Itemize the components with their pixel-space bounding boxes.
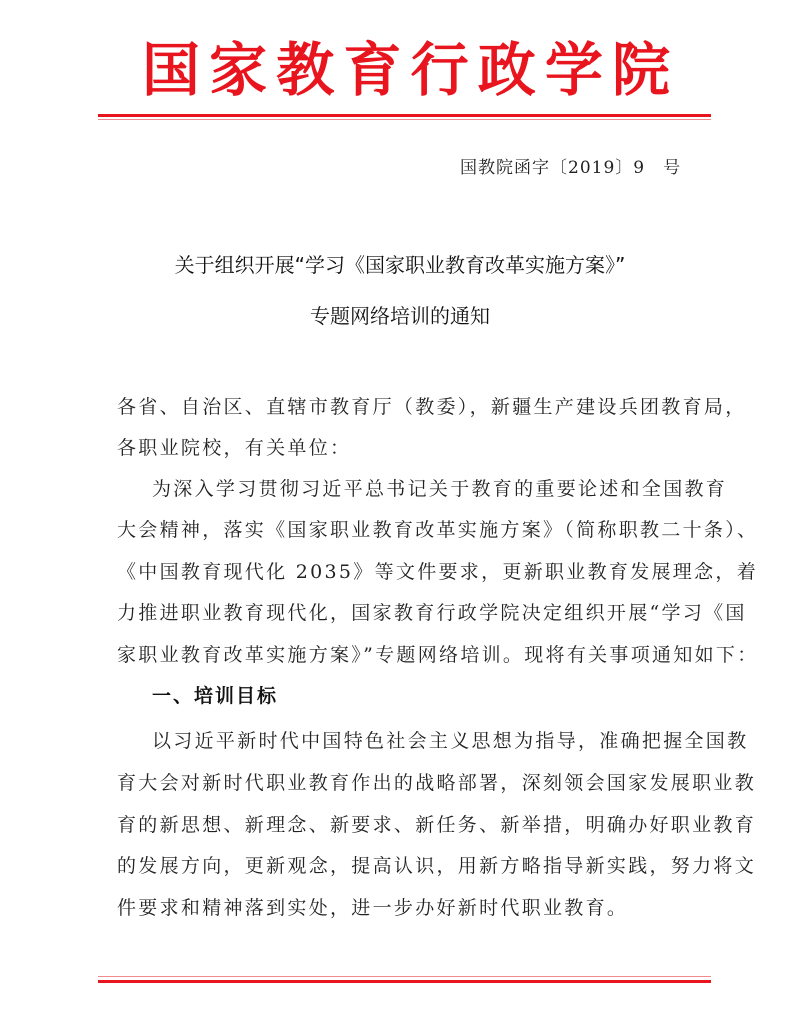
intro-line: 家职业教育改革实施方案》”专题网络培训。现将有关事项通知如下： bbox=[117, 640, 687, 667]
addressee-line1: 各省、自治区、直辖市教育厅（教委），新疆生产建设兵团教育局， bbox=[117, 392, 687, 419]
letterhead-char: 国 bbox=[142, 41, 200, 99]
document-title-line2: 专题网络培训的通知 bbox=[100, 300, 700, 329]
document-page: 国 家 教 育 行 政 学 院 国教院函字〔2019〕9 号 关于组织开展“学习… bbox=[0, 0, 800, 1036]
intro-line: 《中国教育现代化 2035》等文件要求，更新职业教育发展理念，着 bbox=[117, 557, 687, 584]
letterhead-char: 行 bbox=[411, 41, 469, 99]
addressee-line2: 各职业院校，有关单位： bbox=[117, 433, 687, 460]
letterhead-char: 家 bbox=[209, 41, 267, 99]
section1-line: 件要求和精神落到实处，进一步办好新时代职业教育。 bbox=[117, 893, 687, 920]
top-rule-thin bbox=[98, 119, 711, 120]
section1-line: 以习近平新时代中国特色社会主义思想为指导，准确把握全国教 bbox=[152, 726, 722, 753]
intro-line: 力推进职业教育现代化，国家教育行政学院决定组织开展“学习《国 bbox=[117, 598, 687, 625]
section1-line: 育大会对新时代职业教育作出的战略部署，深刻领会国家发展职业教 bbox=[117, 768, 687, 795]
letterhead-char: 院 bbox=[612, 41, 670, 99]
letterhead-char: 育 bbox=[343, 41, 401, 99]
letterhead-char: 学 bbox=[545, 41, 603, 99]
letterhead-char: 教 bbox=[276, 41, 334, 99]
top-rule-thick bbox=[98, 114, 711, 117]
section-heading: 一、培训目标 bbox=[152, 681, 278, 708]
intro-line: 大会精神，落实《国家职业教育改革实施方案》（简称职教二十条）、 bbox=[117, 515, 687, 542]
document-title-line1: 关于组织开展“学习《国家职业教育改革实施方案》” bbox=[100, 249, 700, 278]
bottom-rule-thin bbox=[98, 976, 711, 977]
section1-line: 育的新思想、新理念、新要求、新任务、新举措，明确办好职业教育 bbox=[117, 810, 687, 837]
letterhead-char: 政 bbox=[478, 41, 536, 99]
intro-line: 为深入学习贯彻习近平总书记关于教育的重要论述和全国教育 bbox=[152, 474, 722, 501]
letterhead-title: 国 家 教 育 行 政 学 院 bbox=[100, 34, 710, 106]
section1-line: 的发展方向，更新观念，提高认识，用新方略指导新实践，努力将文 bbox=[117, 851, 687, 878]
bottom-rule-thick bbox=[98, 980, 711, 983]
document-number: 国教院函字〔2019〕9 号 bbox=[460, 153, 700, 178]
